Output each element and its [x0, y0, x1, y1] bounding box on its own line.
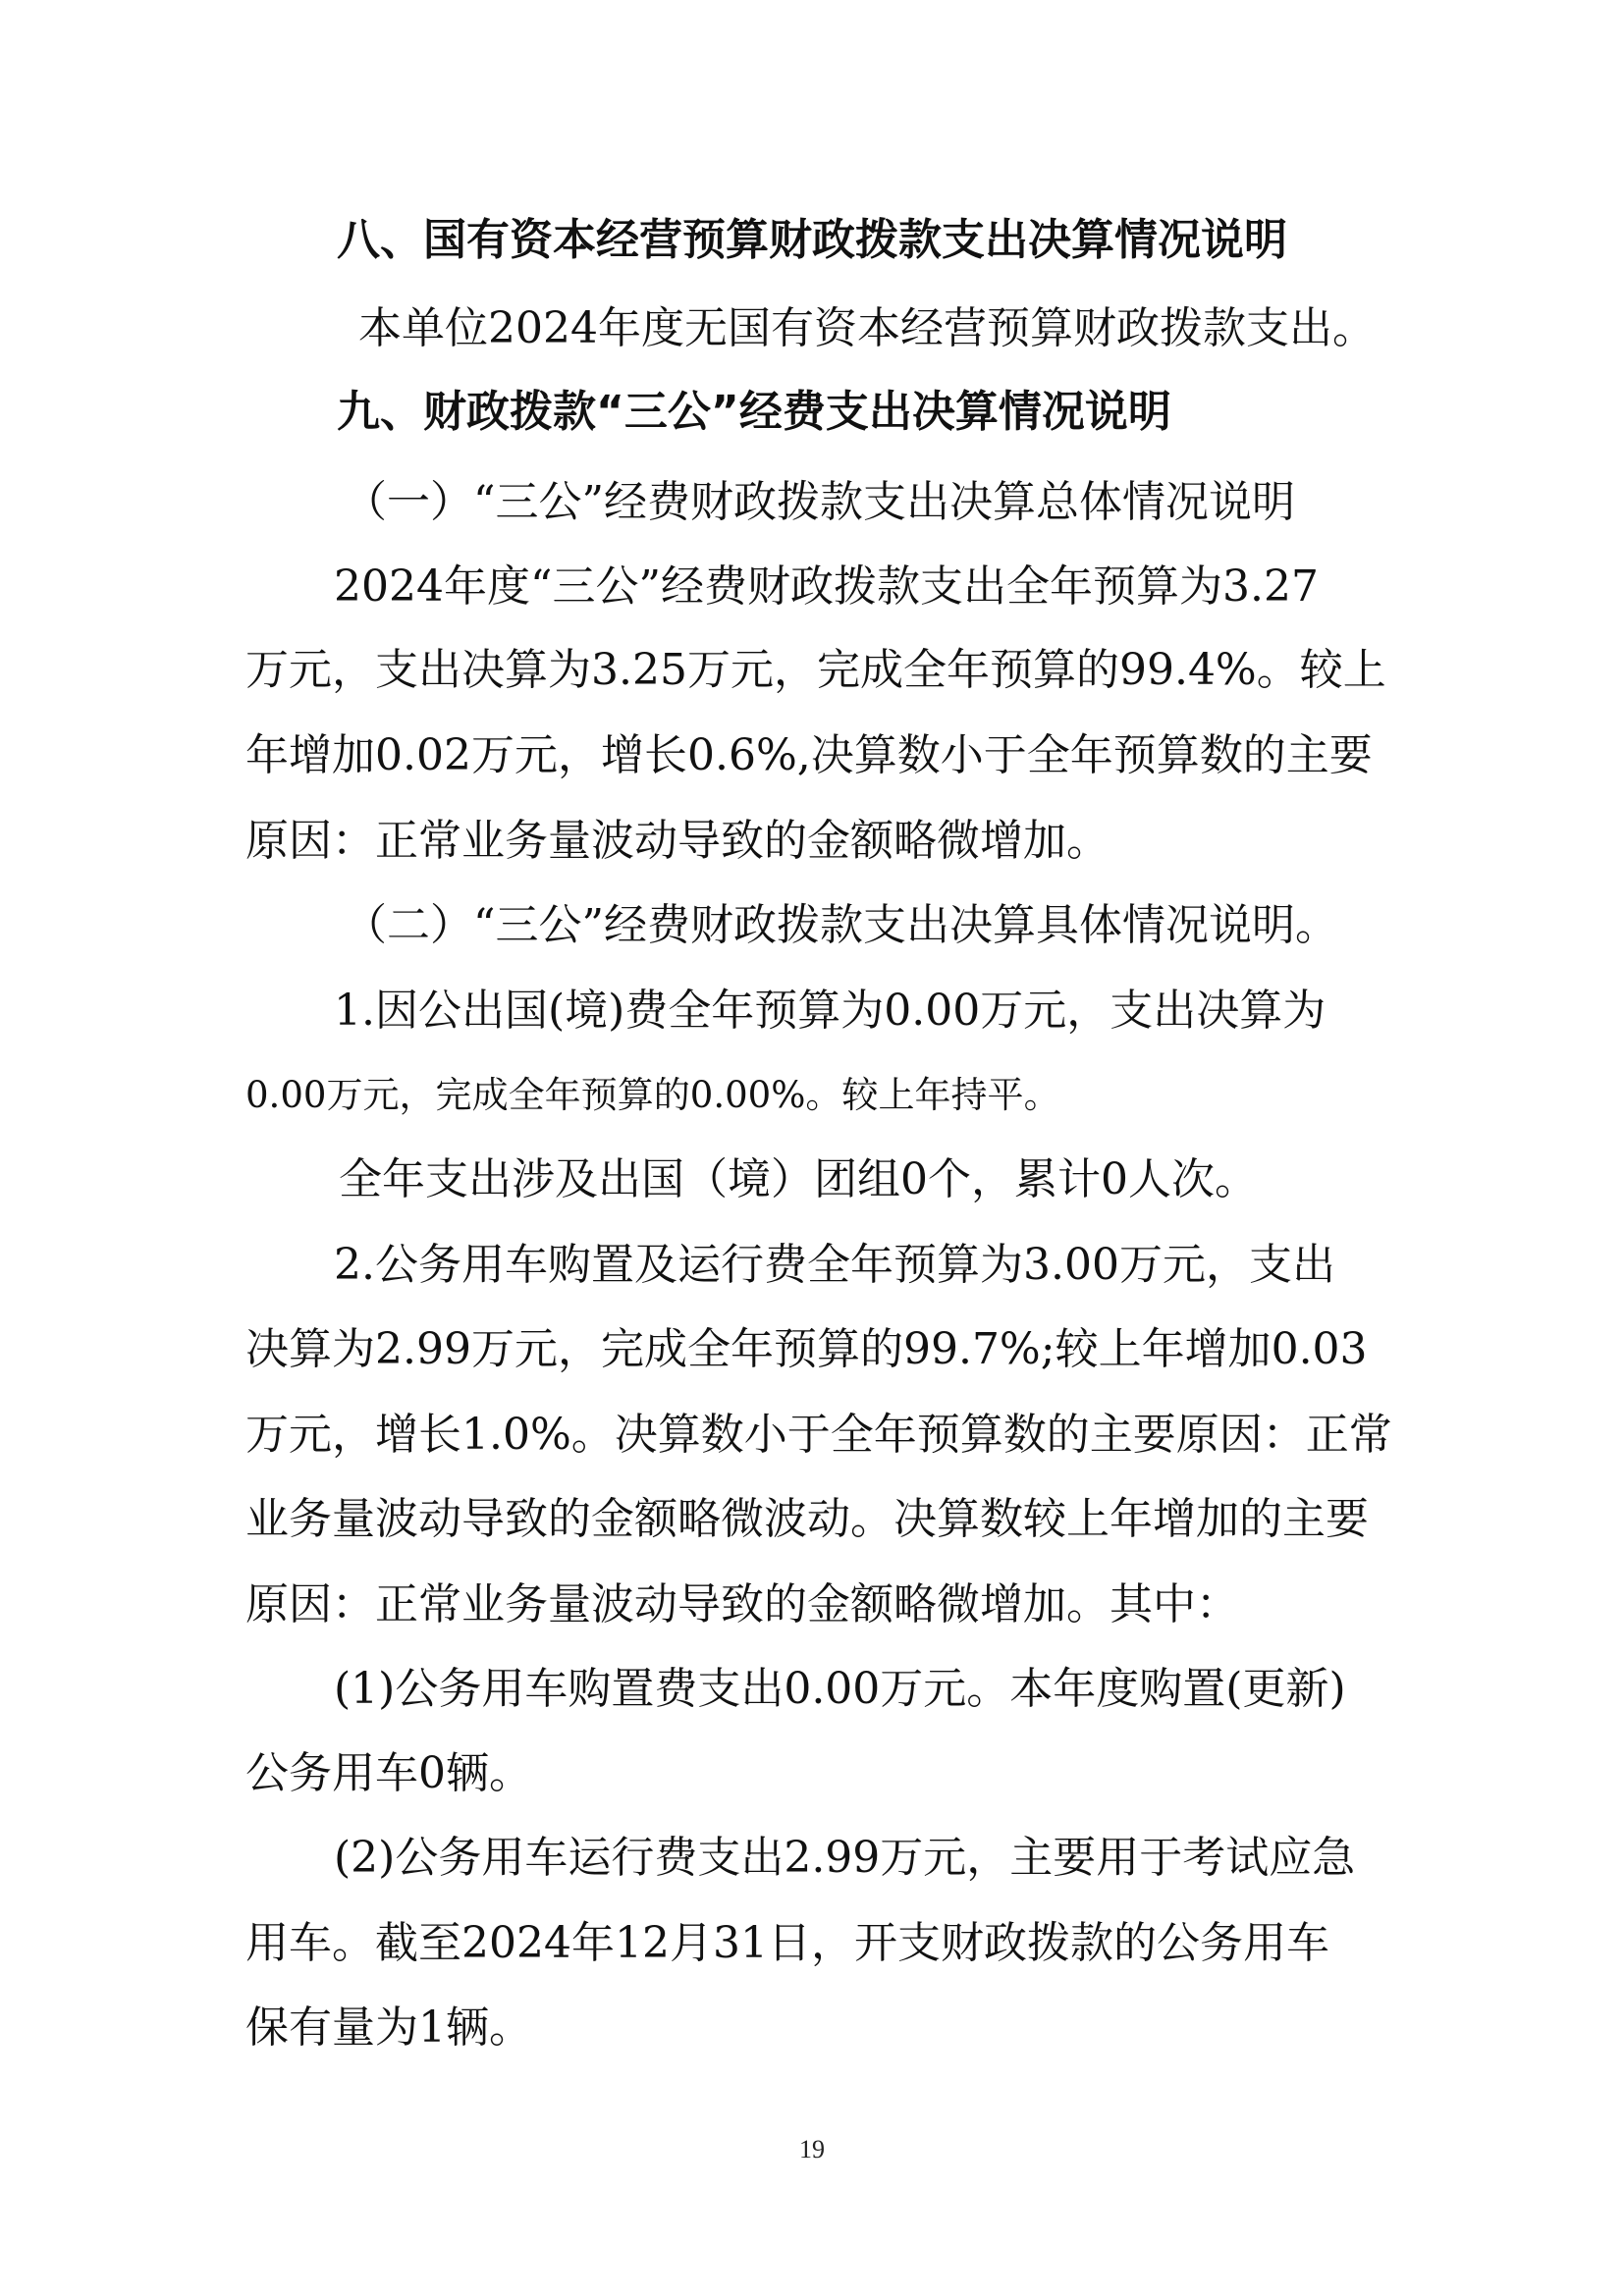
paragraph-line: 保有量为1辆。 [245, 1999, 560, 2057]
section-8-heading: 八、国有资本经营预算财政拨款支出决算情况说明 [337, 211, 1307, 270]
paragraph-line: 决算为2.99万元，完成全年预算的99.7%;较上年增加0.03 [245, 1320, 1392, 1379]
paragraph-line: 原因：正常业务量波动导致的金额略微增加。其中： [245, 1575, 1247, 1634]
section-8-body: 本单位2024年度无国有资本经营预算财政拨款支出。 [358, 299, 1389, 358]
section-9-heading: 九、财政拨款“三公”经费支出决算情况说明 [337, 383, 1218, 442]
paragraph-line: 0.00万元，完成全年预算的0.00%。较上年持平。 [245, 1066, 1060, 1125]
paragraph-line: 2.公务用车购置及运行费全年预算为3.00万元，支出 [334, 1236, 1392, 1295]
subsection-2-heading: （二）“三公”经费财政拨款支出决算具体情况说明。 [344, 896, 1392, 955]
paragraph-line: (1)公务用车购置费支出0.00万元。本年度购置(更新) [334, 1660, 1392, 1719]
paragraph-line: 万元，增长1.0%。决算数小于全年预算数的主要原因：正常 [245, 1406, 1392, 1465]
paragraph-line: 业务量波动导致的金额略微波动。决算数较上年增加的主要 [245, 1490, 1392, 1549]
paragraph-line: 用车。截至2024年12月31日，开支财政拨款的公务用车 [245, 1914, 1392, 1973]
paragraph-line: 1.因公出国(境)费全年预算为0.00万元，支出决算为 [334, 982, 1392, 1041]
paragraph-line: 全年支出涉及出国（境）团组0个，累计0人次。 [339, 1150, 1286, 1209]
paragraph-line: 年增加0.02万元，增长0.6%,决算数小于全年预算数的主要 [245, 726, 1392, 785]
paragraph-line: 2024年度“三公”经费财政拨款支出全年预算为3.27 [334, 558, 1392, 616]
paragraph-line: 原因：正常业务量波动导致的金额略微增加。 [245, 812, 1110, 871]
paragraph-line: 公务用车0辆。 [245, 1744, 569, 1803]
paragraph-line: 万元，支出决算为3.25万元，完成全年预算的99.4%。较上 [245, 641, 1392, 700]
paragraph-line: (2)公务用车运行费支出2.99万元，主要用于考试应急 [334, 1829, 1392, 1888]
page-number: 19 [0, 2135, 1624, 2164]
subsection-1-heading: （一）“三公”经费财政拨款支出决算总体情况说明 [344, 473, 1350, 532]
